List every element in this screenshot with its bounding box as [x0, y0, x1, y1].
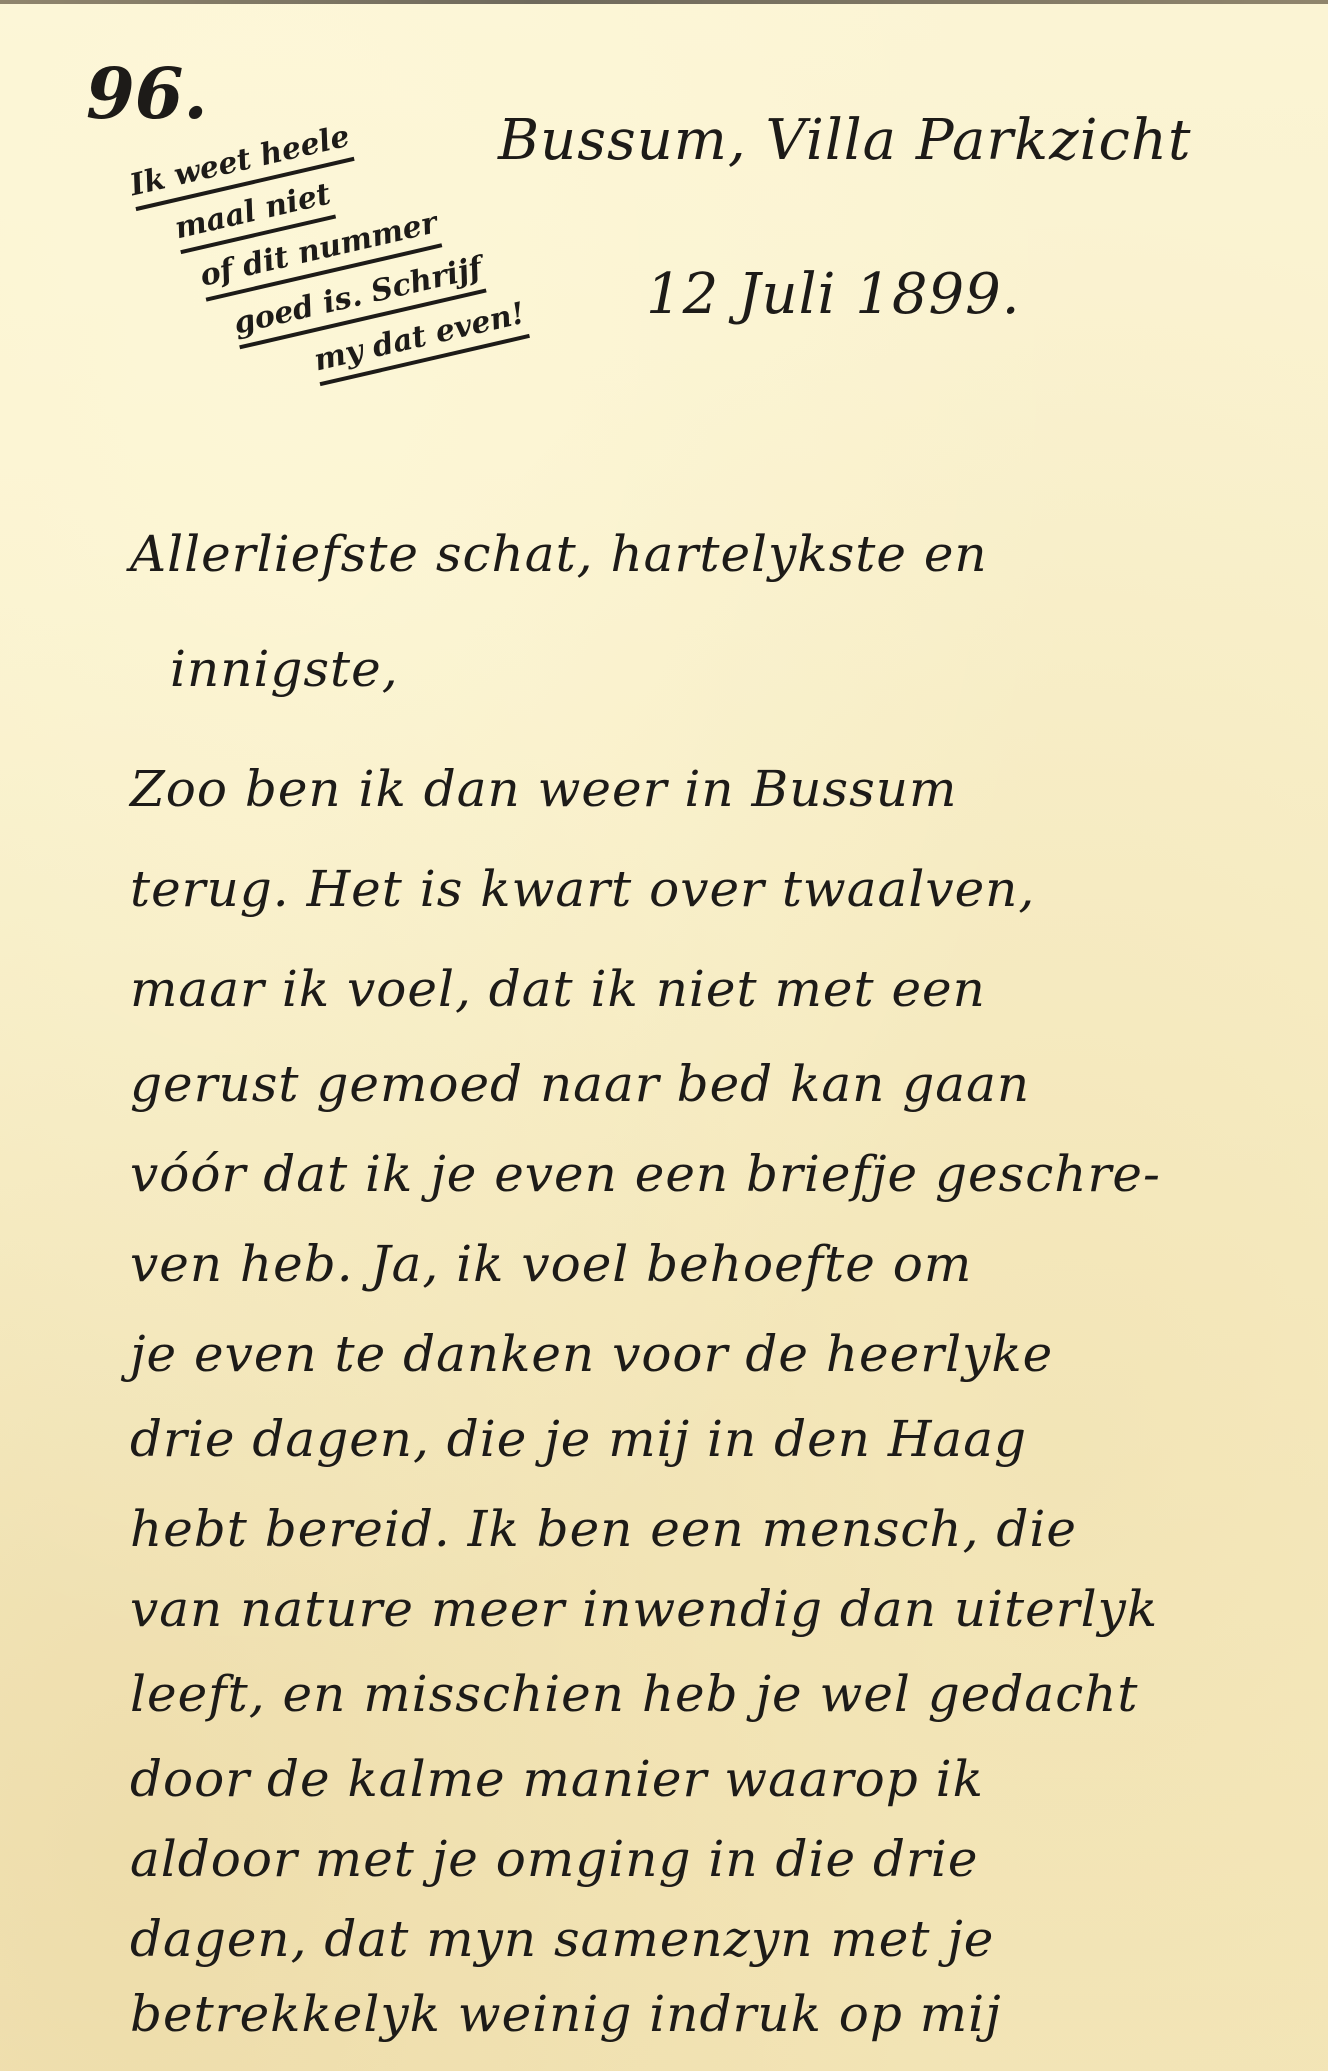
letter-date: 12 Juli 1899. — [646, 262, 1021, 327]
body-line: je even te danken voor de heerlyke — [130, 1325, 1053, 1383]
body-line: Zoo ben ik dan weer in Bussum — [130, 760, 957, 818]
body-line: aldoor met je omging in die drie — [130, 1830, 978, 1888]
body-line: door de kalme manier waarop ik — [130, 1750, 984, 1808]
body-line: betrekkelyk weinig indruk op mij — [130, 1985, 1002, 2043]
letter-page: 96. Ik weet heele maal niet of dit numme… — [0, 0, 1328, 2071]
body-line: maar ik voel, dat ik niet met een — [130, 960, 986, 1018]
body-line: drie dagen, die je mij in den Haag — [130, 1410, 1027, 1468]
salutation-line: Allerliefste schat, hartelykste en — [130, 525, 988, 583]
body-line: hebt bereid. Ik ben een mensch, die — [130, 1500, 1077, 1558]
body-line: gerust gemoed naar bed kan gaan — [130, 1055, 1030, 1113]
body-line: van nature meer inwendig dan uiterlyk — [130, 1580, 1158, 1638]
body-line: vóór dat ik je even een briefje geschre- — [130, 1145, 1161, 1203]
body-line: leeft, en misschien heb je wel gedacht — [130, 1665, 1139, 1723]
body-line: ven heb. Ja, ik voel behoefte om — [130, 1235, 972, 1293]
page-number: 96. — [86, 52, 208, 135]
scan-top-edge — [0, 0, 1328, 4]
body-line: dagen, dat myn samenzyn met je — [130, 1910, 994, 1968]
salutation-line: innigste, — [170, 640, 399, 698]
body-line: terug. Het is kwart over twaalven, — [130, 860, 1035, 918]
letter-place: Bussum, Villa Parkzicht — [498, 108, 1191, 173]
